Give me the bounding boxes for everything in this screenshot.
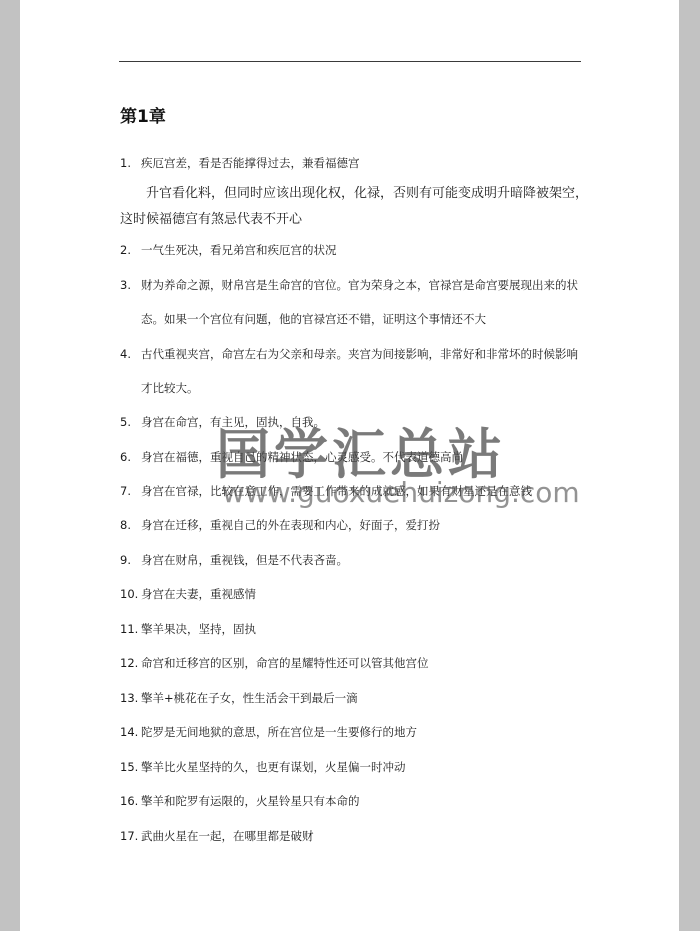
- item-number: 9.: [120, 553, 141, 567]
- item-number: 15.: [120, 760, 141, 774]
- list-item-6: 6.身宫在福德，重视自己的精神状态，心灵感受。不代表道德高尚: [120, 449, 590, 465]
- list-item-3-cont: 态。如果一个宫位有问题，他的官禄宫还不错，证明这个事情还不大: [120, 311, 590, 327]
- list-item-1: 1.疾厄宫差，看是否能撑得过去，兼看福德宫: [120, 155, 590, 171]
- list-item-11: 11.擎羊果决，坚持，固执: [120, 621, 590, 637]
- item-text: 身宫在命宫，有主见，固执，自我。: [141, 415, 325, 429]
- item-text: 身宫在夫妻，重视感情: [141, 587, 256, 601]
- item-text: 疾厄宫差，看是否能撑得过去，兼看福德宫: [141, 156, 360, 170]
- list-item-17: 17.武曲火星在一起，在哪里都是破财: [120, 828, 590, 844]
- item-text-cont: 才比较大。: [120, 381, 199, 395]
- item-text: 擎羊和陀罗有运限的，火星铃星只有本命的: [141, 794, 360, 808]
- list-item-13: 13.擎羊+桃花在子女，性生活会干到最后一滴: [120, 690, 590, 706]
- item-number: 4.: [120, 347, 141, 361]
- item-text: 武曲火星在一起，在哪里都是破财: [141, 829, 314, 843]
- list-item-3: 3.财为养命之源，财帛宫是生命宫的官位。官为荣身之本，官禄宫是命宫要展现出来的状: [120, 277, 590, 293]
- list-item-4-cont: 才比较大。: [120, 380, 590, 396]
- item-text: 陀罗是无间地狱的意思，所在宫位是一生要修行的地方: [141, 725, 417, 739]
- item-number: 13.: [120, 691, 141, 705]
- list-item-14: 14.陀罗是无间地狱的意思，所在宫位是一生要修行的地方: [120, 724, 590, 740]
- item-text: 财为养命之源，财帛宫是生命宫的官位。官为荣身之本，官禄宫是命宫要展现出来的状: [141, 278, 578, 292]
- item-number: 6.: [120, 450, 141, 464]
- list-item-2: 2.一气生死决，看兄弟宫和疾厄宫的状况: [120, 242, 590, 258]
- paragraph: 升官看化料，但同时应该出现化权，化禄，否则有可能变成明升暗降被架空， 这时候福德…: [120, 178, 590, 235]
- item-number: 16.: [120, 794, 141, 808]
- list-item-8: 8.身宫在迁移，重视自己的外在表现和内心，好面子，爱打扮: [120, 517, 590, 533]
- item-number: 1.: [120, 156, 141, 170]
- item-number: 10.: [120, 587, 141, 601]
- item-number: 5.: [120, 415, 141, 429]
- item-number: 12.: [120, 656, 141, 670]
- item-number: 7.: [120, 484, 141, 498]
- item-number: 11.: [120, 622, 141, 636]
- list-item-7: 7.身宫在官禄，比较在意工作，需要工作带来的成就感，如果有财星还是在意钱: [120, 483, 590, 499]
- chapter-title: 第1章: [120, 102, 166, 127]
- list-item-12: 12.命宫和迁移宫的区别，命宫的星耀特性还可以管其他宫位: [120, 655, 590, 671]
- item-number: 17.: [120, 829, 141, 843]
- header-divider: [119, 61, 581, 62]
- item-text: 擎羊果决，坚持，固执: [141, 622, 256, 636]
- item-text: 擎羊比火星坚持的久，也更有谋划，火星偏一时冲动: [141, 760, 406, 774]
- item-text: 一气生死决，看兄弟宫和疾厄宫的状况: [141, 243, 337, 257]
- item-text: 古代重视夹宫，命宫左右为父亲和母亲。夹宫为间接影响，非常好和非常坏的时候影响: [141, 347, 578, 361]
- list-item-10: 10.身宫在夫妻，重视感情: [120, 586, 590, 602]
- document-page: 第1章 1.疾厄宫差，看是否能撑得过去，兼看福德宫 升官看化料，但同时应该出现化…: [20, 0, 679, 931]
- list-item-5: 5.身宫在命宫，有主见，固执，自我。: [120, 414, 590, 430]
- item-text: 身宫在迁移，重视自己的外在表现和内心，好面子，爱打扮: [141, 518, 440, 532]
- list-item-16: 16.擎羊和陀罗有运限的，火星铃星只有本命的: [120, 793, 590, 809]
- item-number: 14.: [120, 725, 141, 739]
- item-number: 3.: [120, 278, 141, 292]
- item-text: 身宫在财帛，重视钱，但是不代表吝啬。: [141, 553, 348, 567]
- item-text: 身宫在官禄，比较在意工作，需要工作带来的成就感，如果有财星还是在意钱: [141, 484, 532, 498]
- list-item-9: 9.身宫在财帛，重视钱，但是不代表吝啬。: [120, 552, 590, 568]
- item-text: 擎羊+桃花在子女，性生活会干到最后一滴: [141, 691, 358, 705]
- item-text-cont: 态。如果一个宫位有问题，他的官禄宫还不错，证明这个事情还不大: [120, 312, 486, 326]
- item-text: 命宫和迁移宫的区别，命宫的星耀特性还可以管其他宫位: [141, 656, 429, 670]
- item-text: 身宫在福德，重视自己的精神状态，心灵感受。不代表道德高尚: [141, 450, 463, 464]
- list-item-15: 15.擎羊比火星坚持的久，也更有谋划，火星偏一时冲动: [120, 759, 590, 775]
- list-item-4: 4.古代重视夹宫，命宫左右为父亲和母亲。夹宫为间接影响，非常好和非常坏的时候影响: [120, 346, 590, 362]
- item-number: 8.: [120, 518, 141, 532]
- item-number: 2.: [120, 243, 141, 257]
- paragraph-text: 升官看化料，但同时应该出现化权，化禄，否则有可能变成明升暗降被架空，: [146, 186, 588, 201]
